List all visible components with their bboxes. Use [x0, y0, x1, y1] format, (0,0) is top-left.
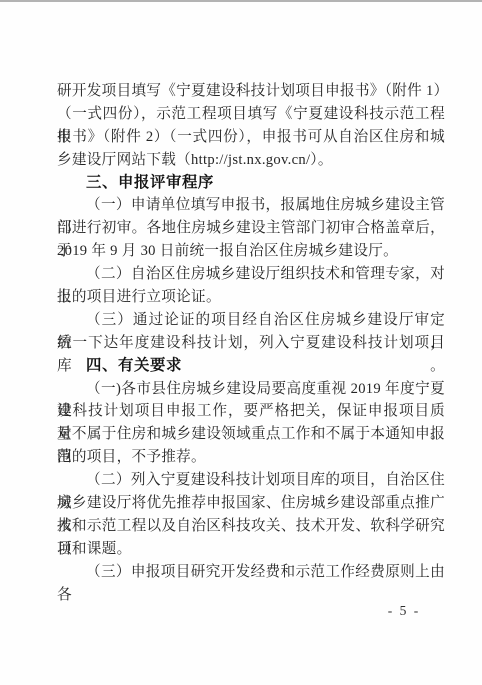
document-body: 研开发项目填写《宁夏建设科技计划项目申报书》（附件 1）（一式四份），示范工程项…: [57, 80, 445, 584]
text-line: （二）自治区住房城乡建设厅组织技术和管理专家，对上: [57, 263, 445, 286]
text-line: 研开发项目填写《宁夏建设科技计划项目申报书》（附件 1）: [57, 80, 445, 103]
text-line: 报书》（附件 2）（一式四份），申报书可从自治区住房和城: [57, 126, 445, 149]
scanned-document-page: 研开发项目填写《宁夏建设科技计划项目申报书》（附件 1）（一式四份），示范工程项…: [0, 0, 482, 685]
section-heading: 三、申报评审程序: [57, 172, 445, 195]
text-line: 统一下达年度建设科技计划，列入宁夏建设科技计划项目库。: [57, 332, 445, 355]
page-number: - 5 -: [375, 601, 433, 621]
text-line: 门进行初审。各地住房城乡建设主管部门初审合格盖章后，于: [57, 217, 445, 240]
text-line: 城乡建设厅将优先推荐申报国家、住房城乡建设部重点推广技: [57, 492, 445, 515]
text-line: 围的项目，不予推荐。: [57, 446, 445, 469]
text-line: （三）通过论证的项目经自治区住房城乡建设厅审定后，: [57, 309, 445, 332]
scan-edge-artifact: [0, 0, 482, 2]
text-line: 2019 年 9 月 30 日前统一报自治区住房城乡建设厅。: [57, 240, 445, 263]
text-line: 报的项目进行立项论证。: [57, 286, 445, 309]
text-line: 对不属于住房和城乡建设领域重点工作和不属于本通知申报范: [57, 423, 445, 446]
text-line: 设科技计划项目申报工作，要严格把关，保证申报项目质量。: [57, 400, 445, 423]
text-line: （二）列入宁夏建设科技计划项目库的项目，自治区住房: [57, 469, 445, 492]
text-line: 术和示范工程以及自治区科技攻关、技术开发、软科学研究项: [57, 515, 445, 538]
text-line: 目和课题。: [57, 538, 445, 561]
text-line: （三）申报项目研究开发经费和示范工作经费原则上由各: [57, 561, 445, 584]
text-line: （一)各市县住房城乡建设局要高度重视 2019 年度宁夏建: [57, 378, 445, 401]
text-line: （一）申请单位填写申报书，报属地住房城乡建设主管部: [57, 194, 445, 217]
text-line: 乡建设厅网站下载（http://jst.nx.gov.cn/）。: [57, 149, 445, 172]
text-line: （一式四份），示范工程项目填写《宁夏建设科技示范工程申: [57, 103, 445, 126]
